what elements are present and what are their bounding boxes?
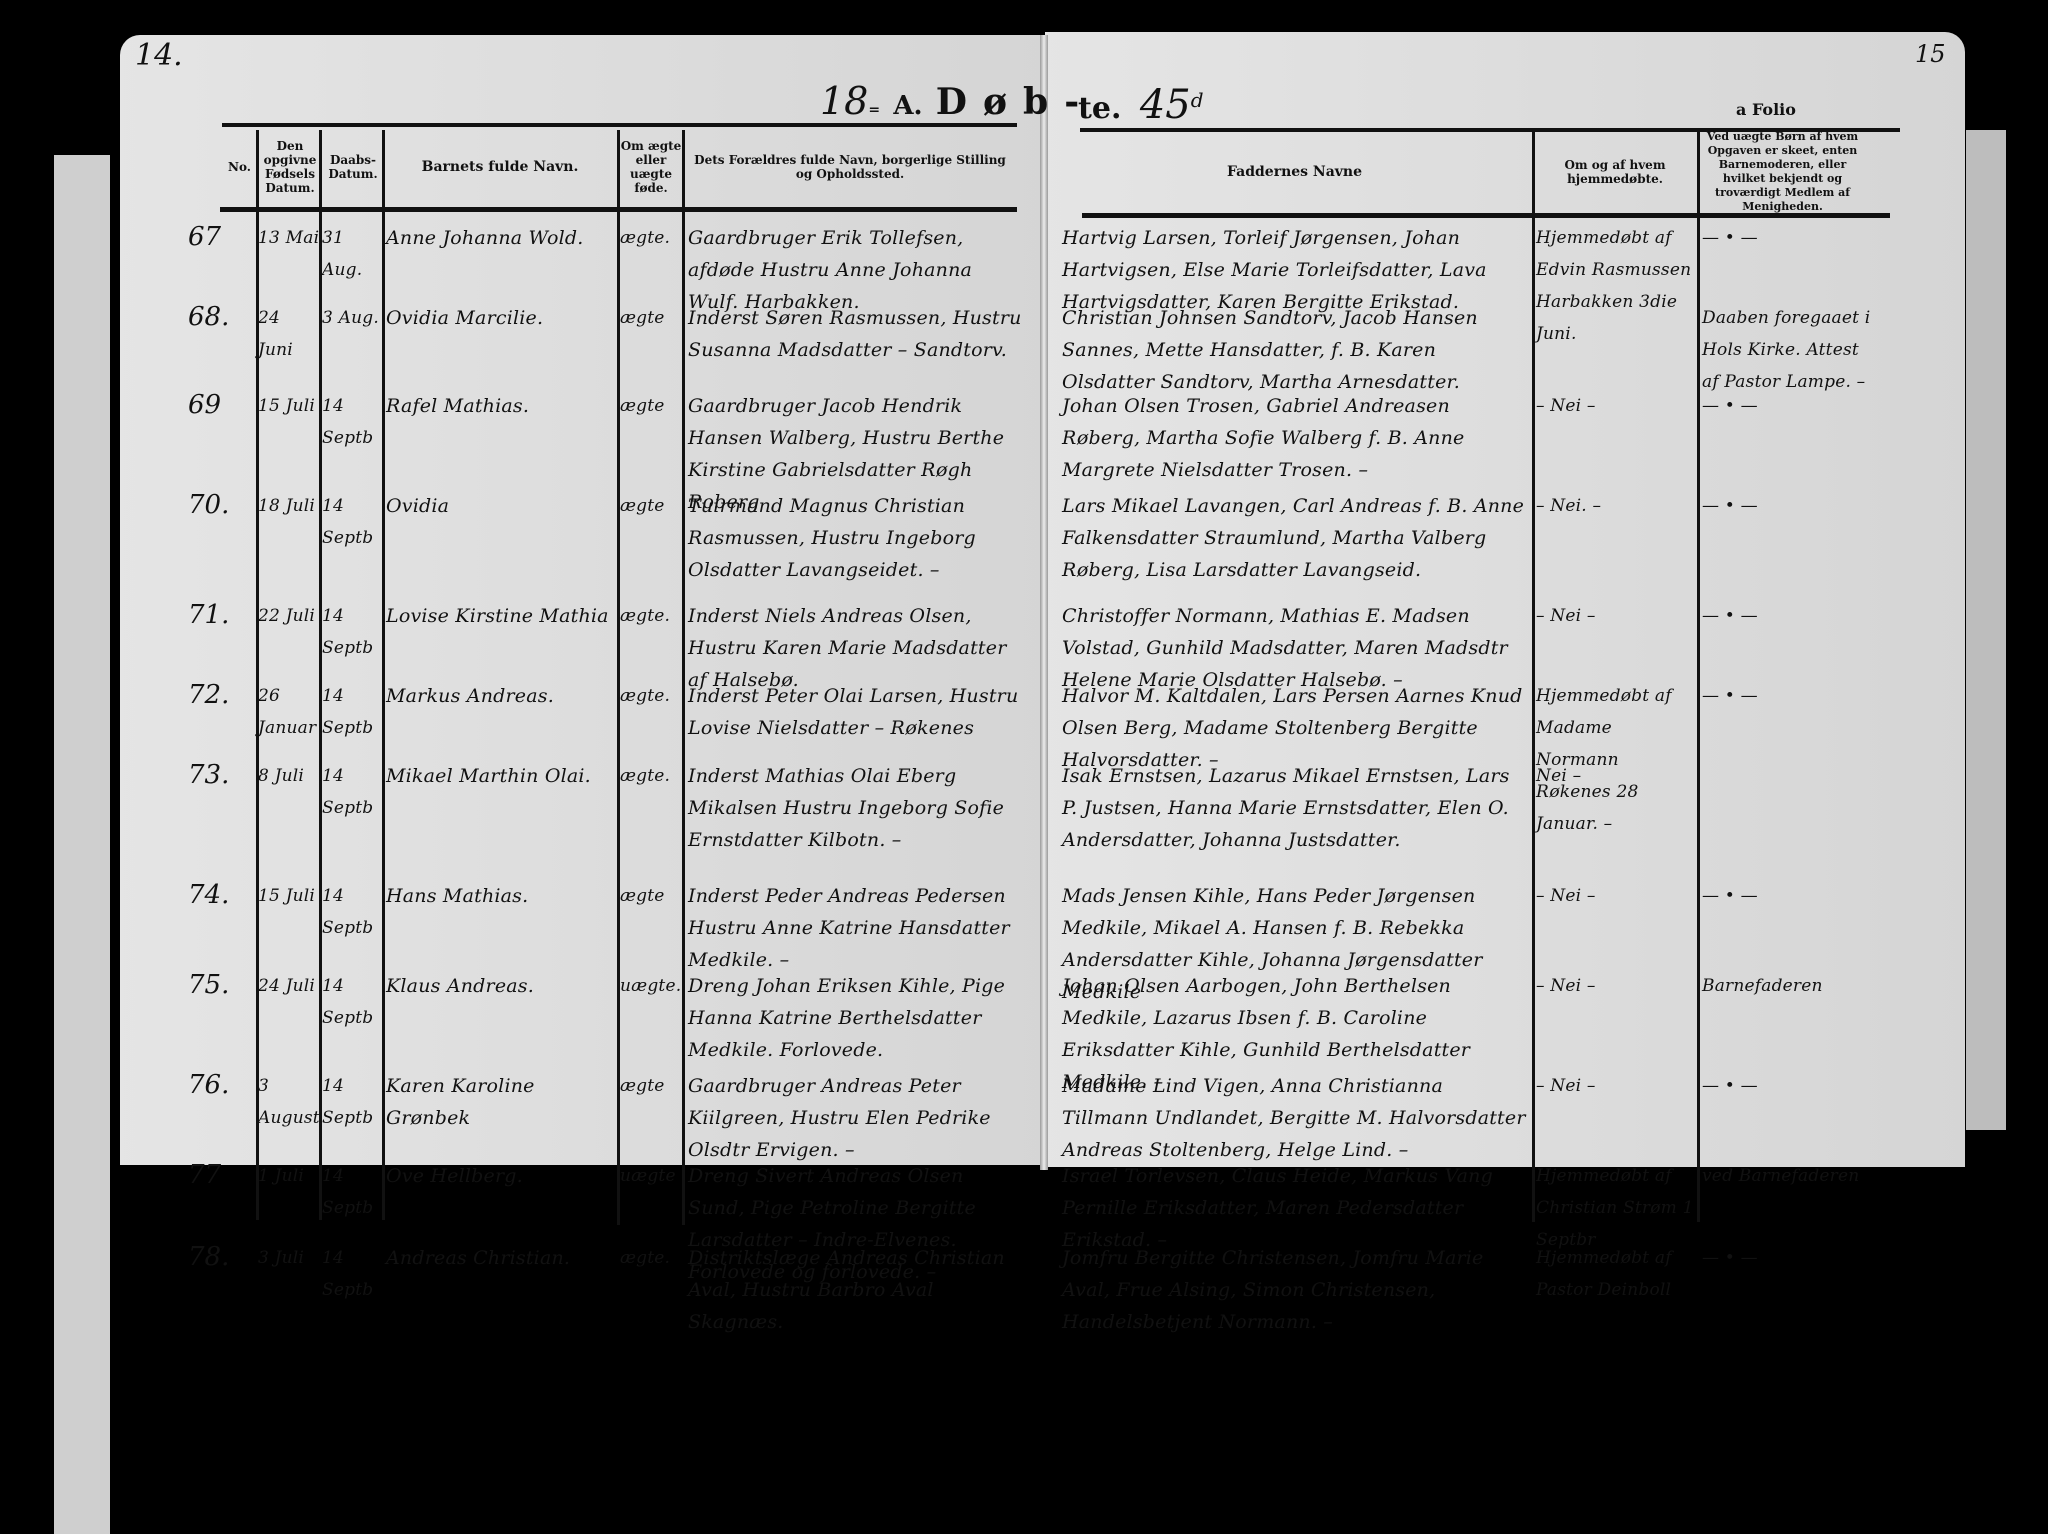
col-divider bbox=[256, 130, 259, 1220]
entry-child: Ovidia bbox=[386, 490, 616, 522]
col-header-birth-date: Den opgivne Fødsels Datum. bbox=[259, 128, 321, 206]
year-suffix: 45 bbox=[1140, 82, 1191, 128]
entry-baptism: 14 Septb bbox=[322, 390, 382, 454]
entry-birth: 8 Juli bbox=[258, 760, 320, 792]
entry-child: Markus Andreas. bbox=[386, 680, 616, 712]
entry-baptism: 31 Aug. bbox=[322, 222, 382, 286]
entry-no: 76. bbox=[188, 1070, 256, 1100]
entry-legit: ægte. bbox=[620, 680, 682, 712]
col-header-parents: Dets Forældres fulde Navn, borgerlige St… bbox=[685, 128, 1015, 206]
entry-informant: — • — bbox=[1702, 600, 1877, 632]
entry-no: 68. bbox=[188, 302, 256, 332]
entry-informant: — • — bbox=[1702, 390, 1877, 422]
entry-baptism: 14 Septb bbox=[322, 970, 382, 1034]
entry-birth: 3 August bbox=[258, 1070, 320, 1134]
entry-no: 67 bbox=[188, 222, 256, 252]
entry-informant: — • — bbox=[1702, 1242, 1877, 1274]
entry-informant: ved Barnefaderen bbox=[1702, 1160, 1877, 1192]
entry-no: 73. bbox=[188, 760, 256, 790]
adjacent-page-edge-right bbox=[1966, 130, 2006, 1130]
entry-child: Klaus Andreas. bbox=[386, 970, 616, 1002]
col-header-legitimacy: Om ægte eller uægte føde. bbox=[620, 128, 682, 206]
entry-home: Hjemmedøbt af Pastor Deinboll bbox=[1536, 1242, 1696, 1306]
entry-legit: ægte bbox=[620, 490, 682, 522]
entry-parents: Inderst Søren Rasmussen, Hustru Susanna … bbox=[688, 302, 1023, 366]
entry-parents: Inderst Mathias Olai Eberg Mikalsen Hust… bbox=[688, 760, 1023, 856]
entry-child: Ove Hellberg. bbox=[386, 1160, 616, 1192]
entry-parents: Tuirmand Magnus Christian Rasmussen, Hus… bbox=[688, 490, 1023, 586]
entry-godparents: Christian Johnsen Sandtorv, Jacob Hansen… bbox=[1062, 302, 1527, 398]
entry-birth: 3 Juli bbox=[258, 1242, 320, 1274]
col-header-baptism-date: Daabs-Datum. bbox=[323, 128, 383, 206]
entry-legit: ægte bbox=[620, 390, 682, 422]
col-header-no: No. bbox=[222, 128, 257, 206]
title-right: te. 45d bbox=[1078, 82, 1204, 128]
entry-informant: — • — bbox=[1702, 222, 1877, 254]
entry-godparents: Isak Ernstsen, Lazarus Mikael Ernstsen, … bbox=[1062, 760, 1527, 856]
entry-child: Andreas Christian. bbox=[386, 1242, 616, 1274]
entry-informant: Daaben foregaaet i Hols Kirke. Attest af… bbox=[1702, 302, 1877, 398]
title-word-left: Døb- bbox=[936, 81, 1095, 123]
entry-baptism: 14 Septb bbox=[322, 760, 382, 824]
entry-legit: uægte bbox=[620, 1160, 682, 1192]
entry-home: – Nei – bbox=[1536, 390, 1696, 422]
title-year-prefix: 18= A. Døb- bbox=[820, 78, 1095, 123]
col-divider bbox=[382, 130, 385, 1220]
entry-informant: — • — bbox=[1702, 1070, 1877, 1102]
col-header-informant: Ved uægte Børn af hvem Opgaven er skeet,… bbox=[1700, 132, 1865, 212]
entry-no: 78. bbox=[188, 1242, 256, 1272]
entry-parents: Gaardbruger Andreas Peter Kiilgreen, Hus… bbox=[688, 1070, 1023, 1166]
year-prefix: 18 bbox=[820, 79, 868, 123]
entry-baptism: 14 Septb bbox=[322, 1242, 382, 1306]
entry-baptism: 14 Septb bbox=[322, 600, 382, 664]
year-superscript: d bbox=[1191, 88, 1204, 112]
entry-godparents: Lars Mikael Lavangen, Carl Andreas f. B.… bbox=[1062, 490, 1527, 586]
entry-parents: Inderst Peder Andreas Pedersen Hustru An… bbox=[688, 880, 1023, 976]
entry-home: – Nei – bbox=[1536, 1070, 1696, 1102]
entry-birth: 24 Juli bbox=[258, 970, 320, 1002]
col-divider bbox=[617, 130, 620, 1225]
entry-no: 69 bbox=[188, 390, 256, 420]
entry-legit: ægte. bbox=[620, 760, 682, 792]
entry-no: 77 bbox=[188, 1160, 256, 1190]
col-header-home-baptized: Om og af hvem hjemmedøbte. bbox=[1535, 132, 1695, 212]
entry-home: – Nei – bbox=[1536, 970, 1696, 1002]
col-header-child-name: Barnets fulde Navn. bbox=[385, 128, 615, 206]
entry-home: Hjemmedøbt af Edvin Rasmussen Harbakken … bbox=[1536, 222, 1696, 350]
entry-legit: uægte. bbox=[620, 970, 682, 1002]
entry-legit: ægte. bbox=[620, 222, 682, 254]
header-top-rule-left bbox=[222, 123, 1017, 127]
entry-child: Karen Karoline Grønbek bbox=[386, 1070, 616, 1134]
entry-godparents: Jomfru Bergitte Christensen, Jomfru Mari… bbox=[1062, 1242, 1527, 1338]
entry-baptism: 14 Septb bbox=[322, 880, 382, 944]
entry-informant: — • — bbox=[1702, 880, 1877, 912]
entry-child: Hans Mathias. bbox=[386, 880, 616, 912]
entry-baptism: 14 Septb bbox=[322, 1160, 382, 1224]
book-spine bbox=[1040, 35, 1048, 1170]
col-divider bbox=[1697, 132, 1700, 1222]
entry-birth: 18 Juli bbox=[258, 490, 320, 522]
entry-birth: 22 Juli bbox=[258, 600, 320, 632]
adjacent-page-edge-left bbox=[54, 155, 110, 1534]
entry-birth: 13 Mai bbox=[258, 222, 320, 254]
entry-legit: ægte. bbox=[620, 600, 682, 632]
entry-baptism: 14 Septb bbox=[322, 490, 382, 554]
folio-label: a Folio bbox=[1736, 100, 1796, 119]
entry-no: 71. bbox=[188, 600, 256, 630]
entry-no: 70. bbox=[188, 490, 256, 520]
title-word-right: te. bbox=[1078, 91, 1121, 126]
entry-no: 74. bbox=[188, 880, 256, 910]
entry-home: – Nei. – bbox=[1536, 490, 1696, 522]
right-page-number: 15 bbox=[1915, 40, 1946, 68]
entry-no: 75. bbox=[188, 970, 256, 1000]
entry-parents: Dreng Johan Eriksen Kihle, Pige Hanna Ka… bbox=[688, 970, 1023, 1066]
entry-legit: ægte bbox=[620, 1070, 682, 1102]
entry-birth: 15 Juli bbox=[258, 880, 320, 912]
entry-godparents: Madame Lind Vigen, Anna Christianna Till… bbox=[1062, 1070, 1527, 1166]
section-letter: A. bbox=[893, 91, 922, 121]
scanned-register-spread: 14. 15 18= A. Døb- te. 45d a Folio No. D… bbox=[0, 0, 2048, 1534]
entry-child: Lovise Kirstine Mathia bbox=[386, 600, 616, 632]
col-divider bbox=[319, 130, 322, 1220]
entry-home: – Nei – bbox=[1536, 600, 1696, 632]
entry-home: – Nei – bbox=[1536, 880, 1696, 912]
entry-parents: Distriktslæge Andreas Christian Aval, Hu… bbox=[688, 1242, 1023, 1338]
col-divider bbox=[682, 130, 685, 1225]
entry-godparents: Johan Olsen Trosen, Gabriel Andreasen Rø… bbox=[1062, 390, 1527, 486]
entry-baptism: 14 Septb bbox=[322, 1070, 382, 1134]
entry-informant: — • — bbox=[1702, 490, 1877, 522]
entry-baptism: 3 Aug. bbox=[322, 302, 382, 334]
entry-baptism: 14 Septb bbox=[322, 680, 382, 744]
entry-child: Ovidia Marcilie. bbox=[386, 302, 616, 334]
entry-birth: 15 Juli bbox=[258, 390, 320, 422]
entry-birth: 24 Juni bbox=[258, 302, 320, 366]
entry-legit: ægte bbox=[620, 880, 682, 912]
entry-parents: Inderst Peter Olai Larsen, Hustru Lovise… bbox=[688, 680, 1023, 744]
entry-legit: ægte. bbox=[620, 1242, 682, 1274]
entry-no: 72. bbox=[188, 680, 256, 710]
entry-child: Anne Johanna Wold. bbox=[386, 222, 616, 254]
entry-child: Mikael Marthin Olai. bbox=[386, 760, 616, 792]
entry-informant: — • — bbox=[1702, 680, 1877, 712]
col-divider bbox=[1532, 132, 1535, 1222]
entry-home: Nei – bbox=[1536, 760, 1696, 792]
col-header-godparents: Faddernes Navne bbox=[1082, 132, 1507, 212]
entry-informant: Barnefaderen bbox=[1702, 970, 1877, 1002]
entry-birth: 1 Juli bbox=[258, 1160, 320, 1192]
entry-legit: ægte bbox=[620, 302, 682, 334]
entry-birth: 26 Januar bbox=[258, 680, 320, 744]
left-page-number: 14. bbox=[135, 38, 183, 73]
entry-child: Rafel Mathias. bbox=[386, 390, 616, 422]
